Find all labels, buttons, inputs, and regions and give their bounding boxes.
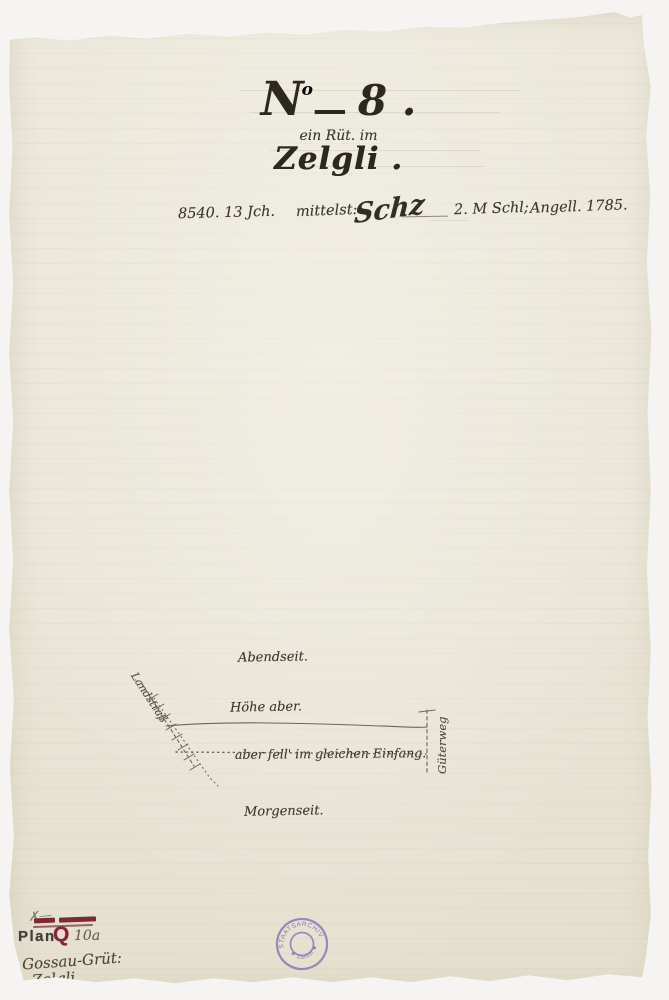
plan-stamp-letter: Q: [53, 923, 69, 947]
stamp-bottom-text: ★ Zürich ★: [288, 942, 322, 964]
strikethrough-bar: [59, 916, 96, 922]
record-value: 2. M Schl;: [454, 200, 529, 219]
record-mittelst: mittelst:: [296, 202, 358, 220]
plan-number-handwritten: 10a: [74, 928, 100, 944]
title-no-letter: N: [261, 72, 302, 127]
profile-main-line: [166, 723, 427, 728]
profile-sketch: [114, 638, 494, 828]
record-date: Angell. 1785.: [530, 197, 628, 216]
title-place: Zelgli .: [4, 141, 669, 177]
guide-line: [429, 220, 469, 221]
archive-round-stamp: STAATSARCHIV ★ Zürich ★: [262, 904, 341, 983]
title-underscore: —: [313, 90, 344, 130]
paper-sheet: No—8 . ein Rüt. im Zelgli . 8540. 13 Jch…: [4, 8, 660, 994]
title-number: 8 .: [344, 76, 416, 125]
provenance-note-line2: Zelgli: [31, 969, 75, 990]
plan-stamp-word: Plan: [18, 928, 56, 945]
record-fill-line: [402, 216, 448, 218]
profile-left-slope-dots: [154, 698, 218, 786]
page-title: No—8 .: [4, 72, 669, 130]
record-area: 8540. 13 Jch.: [178, 204, 275, 223]
record-flourish-abbrev: Schz: [353, 189, 425, 230]
title-no-superscript: o: [302, 80, 313, 100]
strikethrough-bar: [34, 918, 55, 924]
profile-dotted-baseline: [176, 752, 426, 754]
